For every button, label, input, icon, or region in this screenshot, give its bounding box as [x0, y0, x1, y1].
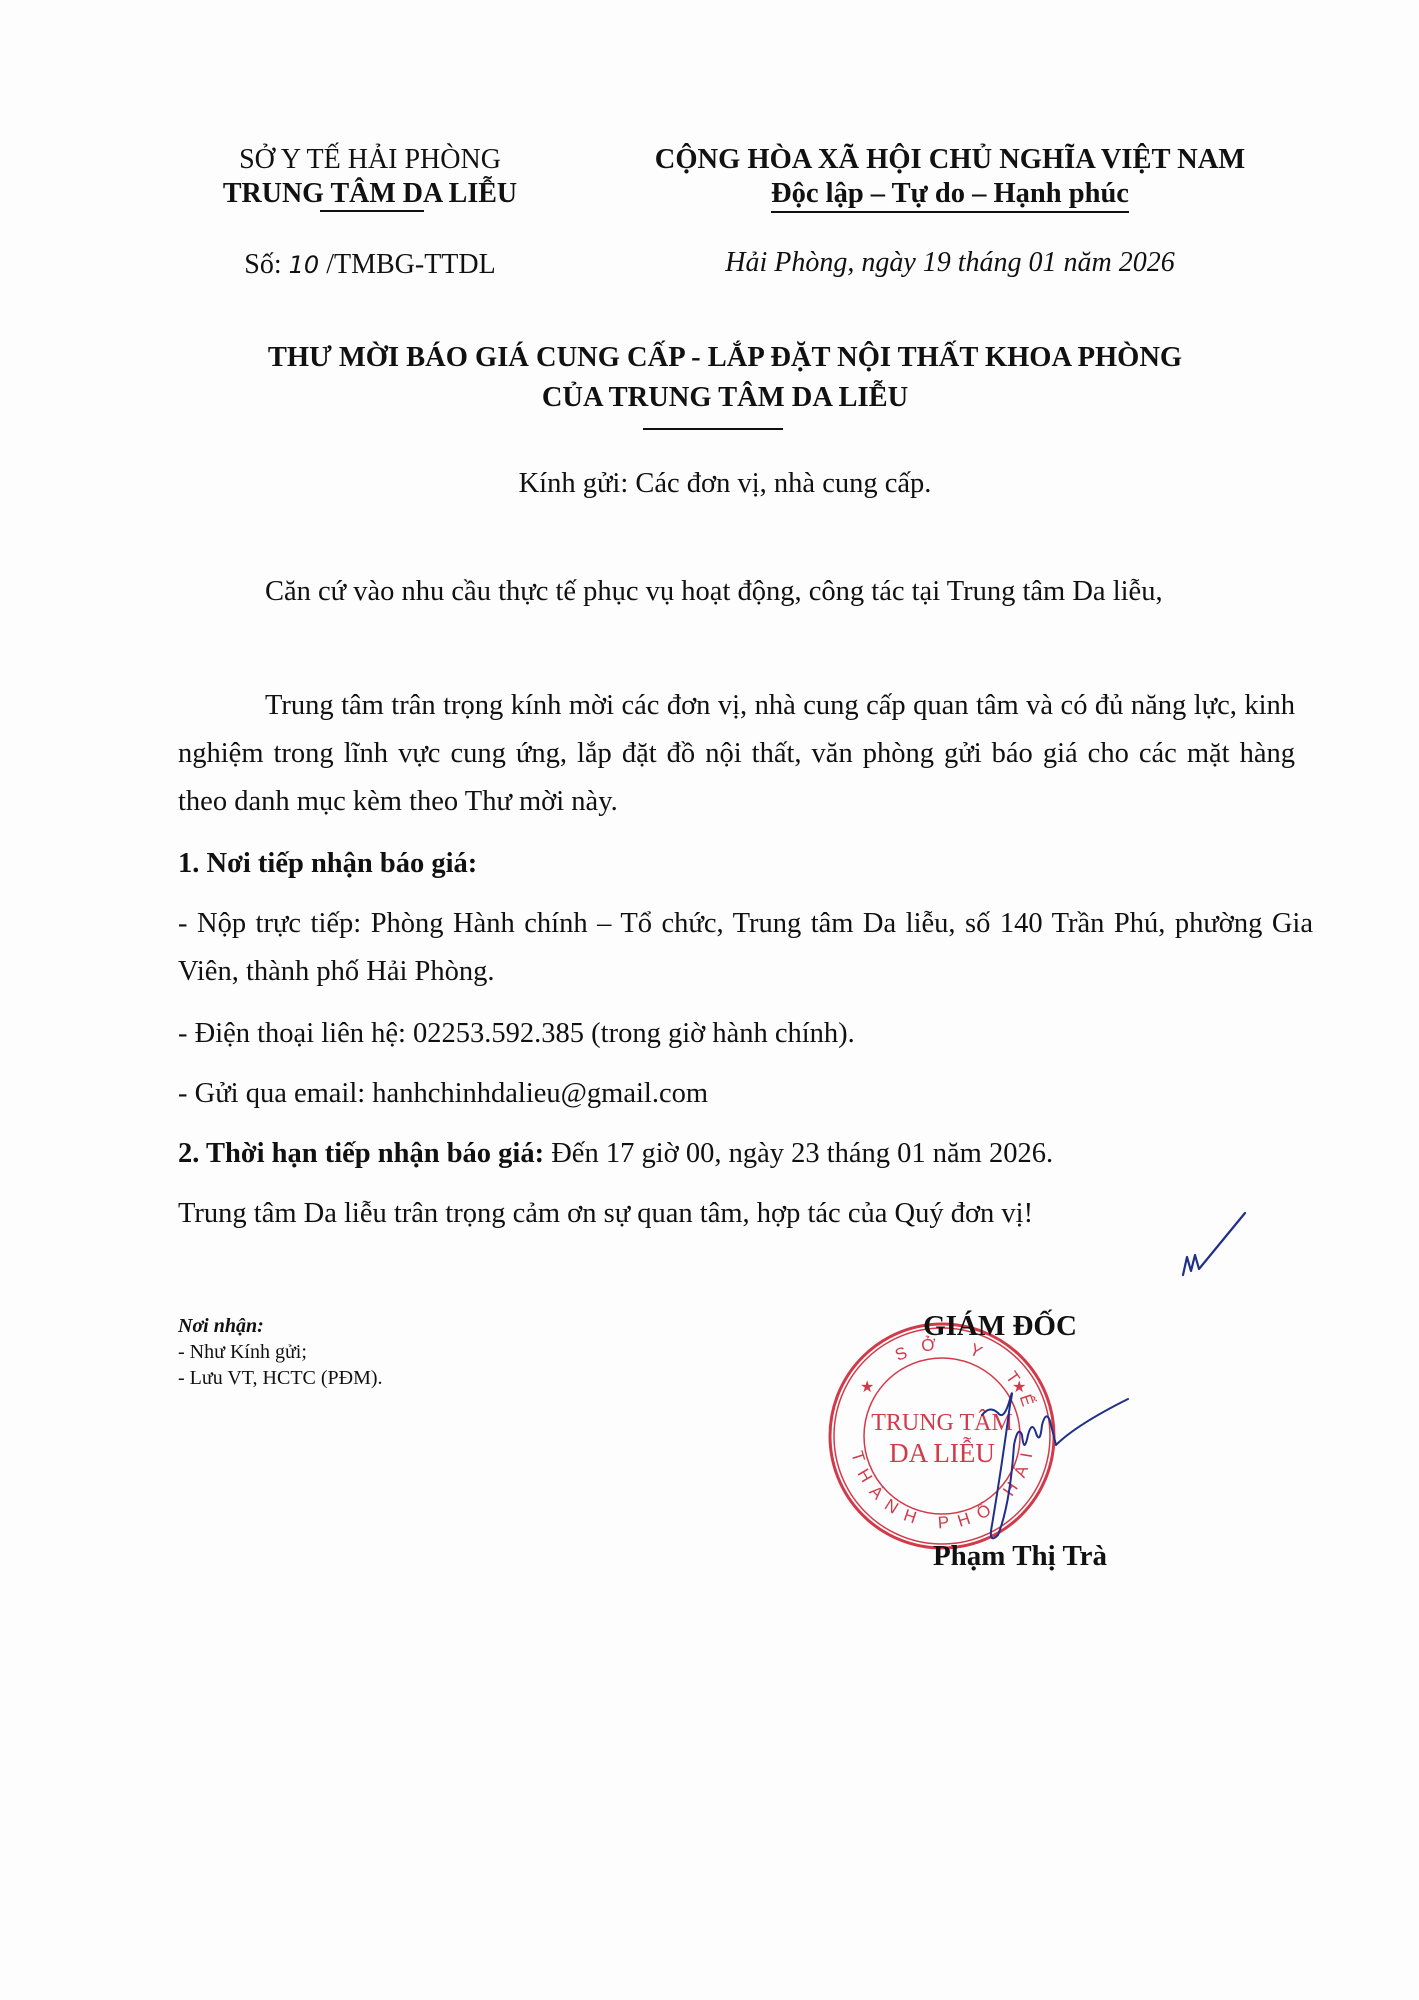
section2-heading: 2. Thời hạn tiếp nhận báo giá:: [178, 1138, 544, 1169]
section1-item-phone: - Điện thoại liên hệ: 02253.592.385 (tro…: [178, 1010, 1308, 1058]
paragraph-basis: Căn cứ vào nhu cầu thực tế phục vụ hoạt …: [178, 568, 1295, 616]
handwritten-doc-number: 10: [289, 251, 320, 279]
document-title: THƯ MỜI BÁO GIÁ CUNG CẤP - LẮP ĐẶT NỘI T…: [150, 338, 1300, 418]
signer-name: Phạm Thị Trà: [870, 1540, 1170, 1573]
signer-title: GIÁM ĐỐC: [870, 1310, 1130, 1343]
closing-text: Trung tâm Da liễu trân trọng cảm ơn sự q…: [178, 1190, 1308, 1238]
issuer-block: SỞ Y TẾ HẢI PHÒNG TRUNG TÂM DA LIỄU Số: …: [150, 143, 590, 281]
recipient-item: - Lưu VT, HCTC (PĐM).: [178, 1365, 383, 1391]
recipients-label: Nơi nhận:: [178, 1313, 383, 1339]
recipients-block: Nơi nhận: - Như Kính gửi; - Lưu VT, HCTC…: [178, 1313, 383, 1391]
title-underline: [643, 428, 783, 430]
document-number: Số: 10 /TMBG-TTDL: [150, 249, 590, 281]
director-signature: [980, 1385, 1130, 1550]
section2-deadline: 2. Thời hạn tiếp nhận báo giá: Đến 17 gi…: [178, 1130, 1308, 1178]
place-date: Hải Phòng, ngày 19 tháng 01 năm 2026: [600, 247, 1300, 279]
svg-text:DA LIỄU: DA LIỄU: [889, 1436, 995, 1468]
national-motto: Độc lập – Tự do – Hạnh phúc: [771, 177, 1129, 213]
initial-signature-mark: [1175, 1205, 1250, 1285]
organization-name: TRUNG TÂM DA LIỄU: [223, 177, 517, 211]
section2-value: Đến 17 giờ 00, ngày 23 tháng 01 năm 2026…: [544, 1138, 1053, 1169]
section1-heading: 1. Nơi tiếp nhận báo giá:: [178, 840, 1308, 888]
salutation: Kính gửi: Các đơn vị, nhà cung cấp.: [150, 468, 1300, 500]
recipient-item: - Như Kính gửi;: [178, 1339, 383, 1365]
nation-title: CỘNG HÒA XÃ HỘI CHỦ NGHĨA VIỆT NAM: [600, 143, 1300, 177]
ministry-name: SỞ Y TẾ HẢI PHÒNG: [150, 143, 590, 177]
national-header: CỘNG HÒA XÃ HỘI CHỦ NGHĨA VIỆT NAM Độc l…: [600, 143, 1300, 279]
signature-block: GIÁM ĐỐC Phạm Thị Trà: [830, 1310, 1130, 1343]
section1-item-address: - Nộp trực tiếp: Phòng Hành chính – Tổ c…: [178, 900, 1313, 996]
section1-item-email: - Gửi qua email: hanhchinhdalieu@gmail.c…: [178, 1070, 1308, 1118]
svg-text:★: ★: [860, 1379, 874, 1396]
organization-underline: [320, 210, 424, 212]
paragraph-invitation: Trung tâm trân trọng kính mời các đơn vị…: [178, 682, 1295, 826]
